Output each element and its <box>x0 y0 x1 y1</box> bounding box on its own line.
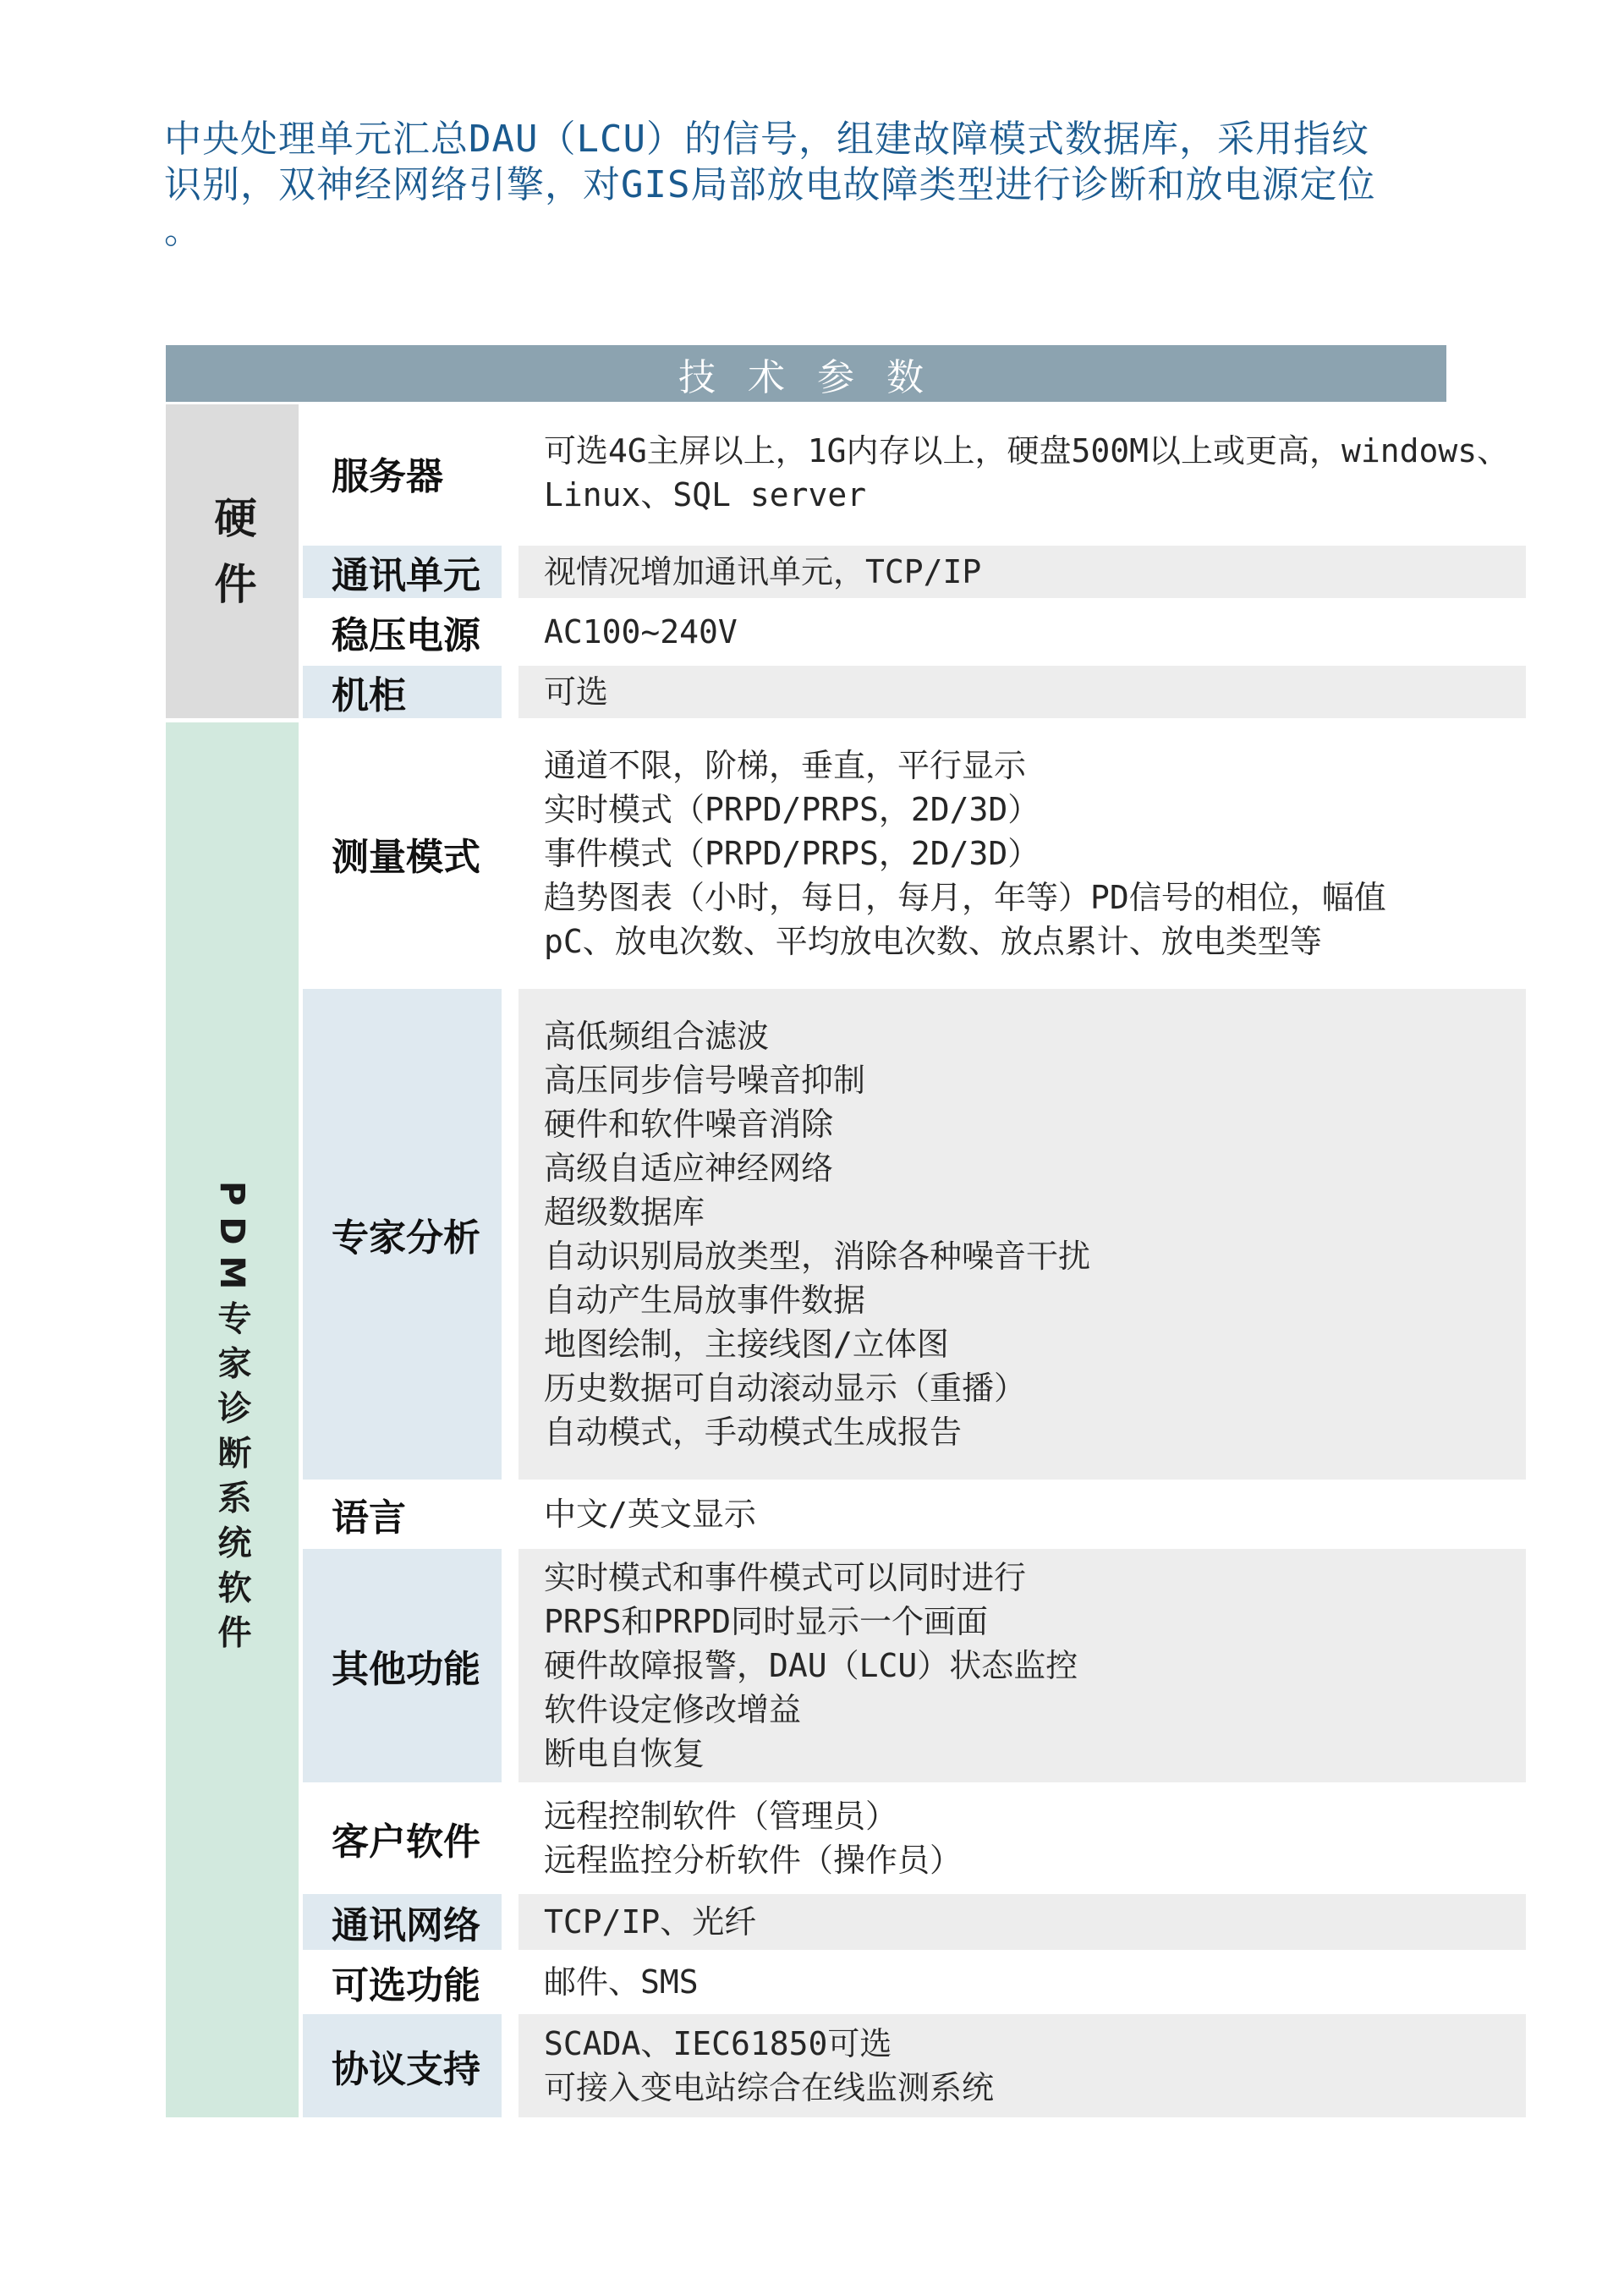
row-content-optional-functions: 邮件、SMS <box>518 1954 1526 2010</box>
spec-line: 硬件和软件噪音消除 <box>544 1102 1509 1146</box>
row-content-comm-unit: 视情况增加通讯单元，TCP/IP <box>518 546 1526 598</box>
spec-line: 可选 <box>544 670 1509 714</box>
spec-line: 自动模式，手动模式生成报告 <box>544 1410 1509 1454</box>
row-label-optional-functions: 可选功能 <box>303 1954 502 2010</box>
spec-line: 断电自恢复 <box>544 1732 1509 1776</box>
intro-line: 。 <box>164 208 1484 254</box>
row-content-comm-network: TCP/IP、光纤 <box>518 1894 1526 1950</box>
spec-line: 视情况增加通讯单元，TCP/IP <box>544 550 1509 594</box>
spec-line: 地图绘制，主接线图/立体图 <box>544 1322 1509 1366</box>
spec-line: TCP/IP、光纤 <box>544 1900 1509 1944</box>
row-content-other-functions: 实时模式和事件模式可以同时进行 PRPS和PRPD同时显示一个画面 硬件故障报警… <box>518 1549 1526 1782</box>
row-label-other-functions: 其他功能 <box>303 1549 502 1782</box>
table-title: 技 术 参 数 <box>166 345 1446 402</box>
spec-line: 实时模式和事件模式可以同时进行 <box>544 1556 1509 1600</box>
row-label-measure-mode: 测量模式 <box>303 722 502 985</box>
spec-line: Linux、SQL server <box>544 473 1509 517</box>
row-label-comm-network: 通讯网络 <box>303 1894 502 1950</box>
intro-line: 识别，双神经网络引擎，对GIS局部放电故障类型进行诊断和放电源定位 <box>164 162 1484 208</box>
row-content-client-software: 远程控制软件（管理员） 远程监控分析软件（操作员） <box>518 1787 1526 1890</box>
intro-line: 中央处理单元汇总DAU（LCU）的信号，组建故障模式数据库，采用指纹 <box>164 117 1484 162</box>
row-content-server: 可选4G主屏以上，1G内存以上，硬盘500M以上或更高，windows、 Lin… <box>518 404 1526 541</box>
spec-line: 硬件故障报警，DAU（LCU）状态监控 <box>544 1644 1509 1688</box>
row-label-language: 语言 <box>303 1484 502 1545</box>
row-content-protocol-support: SCADA、IEC61850可选 可接入变电站综合在线监测系统 <box>518 2014 1526 2117</box>
row-label-power-supply: 稳压电源 <box>303 602 502 662</box>
row-content-power-supply: AC100~240V <box>518 602 1526 662</box>
row-content-cabinet: 可选 <box>518 666 1526 718</box>
spec-line: 中文/英文显示 <box>544 1492 1509 1536</box>
category-hardware: 硬件 <box>166 404 299 718</box>
row-label-cabinet: 机柜 <box>303 666 502 718</box>
spec-grid: 硬件 PDM专家诊断系统软件 服务器 可选4G主屏以上，1G内存以上，硬盘500… <box>166 404 1446 2117</box>
intro-paragraph: 中央处理单元汇总DAU（LCU）的信号，组建故障模式数据库，采用指纹 识别，双神… <box>164 117 1484 254</box>
spec-line: SCADA、IEC61850可选 <box>544 2022 1509 2066</box>
row-content-measure-mode: 通道不限，阶梯，垂直，平行显示 实时模式（PRPD/PRPS，2D/3D） 事件… <box>518 722 1526 985</box>
spec-table: 技 术 参 数 硬件 PDM专家诊断系统软件 服务器 可选4G主屏以上，1G内存… <box>166 345 1446 2117</box>
category-hardware-label: 硬件 <box>202 496 263 628</box>
spec-line: 远程监控分析软件（操作员） <box>544 1838 1509 1882</box>
spec-line: 历史数据可自动滚动显示（重播） <box>544 1366 1509 1410</box>
row-label-client-software: 客户软件 <box>303 1787 502 1890</box>
spec-line: 邮件、SMS <box>544 1960 1509 2004</box>
spec-line: PRPS和PRPD同时显示一个画面 <box>544 1600 1509 1644</box>
row-label-server: 服务器 <box>303 404 502 541</box>
spec-line: 实时模式（PRPD/PRPS，2D/3D） <box>544 788 1509 832</box>
spec-line: pC、放电次数、平均放电次数、放点累计、放电类型等 <box>544 920 1509 964</box>
spec-line: 可接入变电站综合在线监测系统 <box>544 2066 1509 2110</box>
spec-line: 远程控制软件（管理员） <box>544 1794 1509 1838</box>
spec-line: 高低频组合滤波 <box>544 1014 1509 1058</box>
spec-line: AC100~240V <box>544 610 1509 654</box>
spec-line: 可选4G主屏以上，1G内存以上，硬盘500M以上或更高，windows、 <box>544 429 1509 473</box>
row-content-language: 中文/英文显示 <box>518 1484 1526 1545</box>
spec-line: 通道不限，阶梯，垂直，平行显示 <box>544 744 1509 788</box>
spec-line: 趋势图表（小时，每日，每月，年等）PD信号的相位，幅值 <box>544 876 1509 920</box>
category-software-label: PDM专家诊断系统软件 <box>208 1181 256 1659</box>
spec-line: 事件模式（PRPD/PRPS，2D/3D） <box>544 832 1509 876</box>
category-software: PDM专家诊断系统软件 <box>166 722 299 2117</box>
row-label-expert-analysis: 专家分析 <box>303 989 502 1480</box>
page: 中央处理单元汇总DAU（LCU）的信号，组建故障模式数据库，采用指纹 识别，双神… <box>0 0 1624 2284</box>
spec-line: 自动产生局放事件数据 <box>544 1278 1509 1322</box>
spec-line: 软件设定修改增益 <box>544 1688 1509 1732</box>
spec-line: 超级数据库 <box>544 1190 1509 1234</box>
row-label-protocol-support: 协议支持 <box>303 2014 502 2117</box>
row-content-expert-analysis: 高低频组合滤波 高压同步信号噪音抑制 硬件和软件噪音消除 高级自适应神经网络 超… <box>518 989 1526 1480</box>
row-label-comm-unit: 通讯单元 <box>303 546 502 598</box>
spec-line: 高压同步信号噪音抑制 <box>544 1058 1509 1102</box>
spec-line: 高级自适应神经网络 <box>544 1146 1509 1190</box>
spec-line: 自动识别局放类型，消除各种噪音干扰 <box>544 1234 1509 1278</box>
